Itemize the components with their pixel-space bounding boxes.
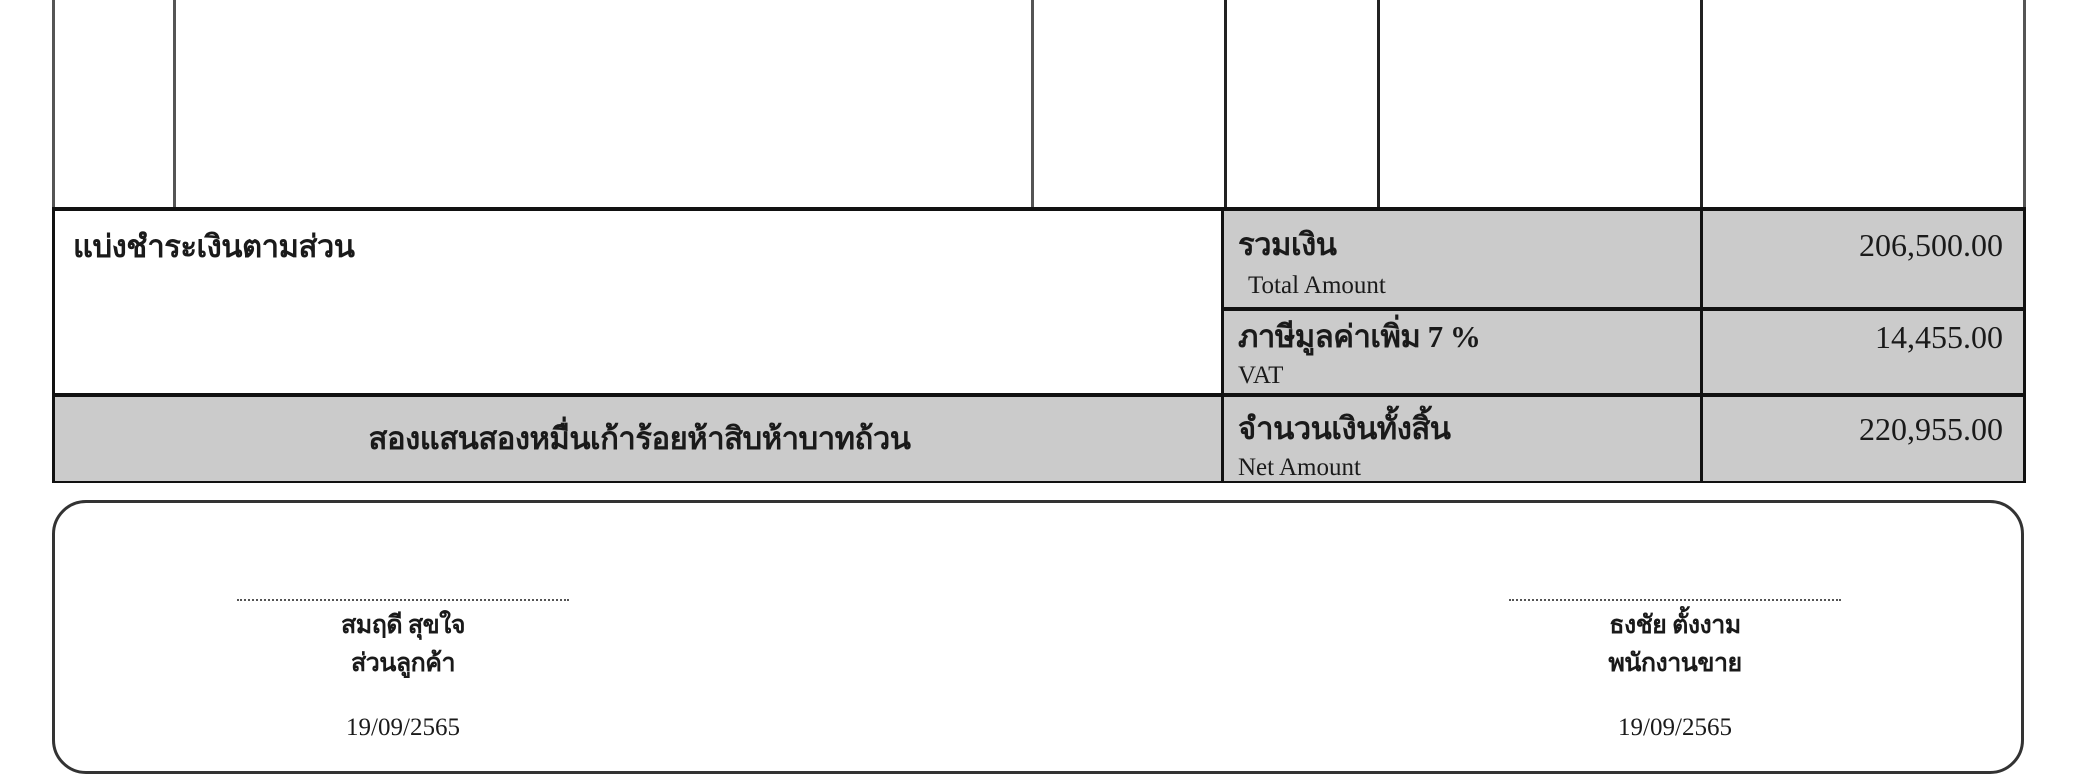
- salesperson-name: ธงชัย ตั้งงาม: [1505, 607, 1845, 645]
- signature-line: [237, 599, 569, 601]
- customer-role: ส่วนลูกค้า: [233, 645, 573, 683]
- total-amount-value: 206,500.00: [1859, 229, 2003, 261]
- vat-value: 14,455.00: [1875, 321, 2003, 353]
- col-divider: [1031, 0, 1034, 210]
- amount-in-words: สองแสนสองหมื่นเก้าร้อยห้าสิบห้าบาทถ้วน: [55, 423, 1224, 454]
- net-amount-value-cell: 220,955.00: [1700, 393, 2023, 481]
- col-divider: [1224, 0, 1227, 210]
- total-amount-label-th: รวมเงิน: [1238, 229, 1336, 260]
- installment-cell: แบ่งชำระเงินตามส่วน: [55, 211, 1224, 393]
- salesperson-signature: ธงชัย ตั้งงาม พนักงานขาย 19/09/2565: [1505, 599, 1845, 743]
- signature-box: สมฤดี สุขใจ ส่วนลูกค้า 19/09/2565 ธงชัย …: [52, 500, 2024, 774]
- total-amount-value-cell: 206,500.00: [1700, 211, 2023, 311]
- items-table-body: [52, 0, 2026, 210]
- col-divider: [173, 0, 176, 210]
- customer-signature: สมฤดี สุขใจ ส่วนลูกค้า 19/09/2565: [233, 599, 573, 743]
- col-divider: [1700, 0, 1703, 210]
- salesperson-role: พนักงานขาย: [1505, 645, 1845, 683]
- col-divider: [52, 0, 55, 210]
- vat-label-th: ภาษีมูลค่าเพิ่ม 7 %: [1238, 321, 1480, 352]
- installment-label: แบ่งชำระเงินตามส่วน: [73, 231, 354, 262]
- signature-line: [1509, 599, 1841, 601]
- col-divider: [1377, 0, 1380, 210]
- net-amount-value: 220,955.00: [1859, 413, 2003, 445]
- summary-section: แบ่งชำระเงินตามส่วน สองแสนสองหมื่นเก้าร้…: [52, 207, 2026, 483]
- salesperson-sign-date: 19/09/2565: [1505, 713, 1845, 743]
- customer-name: สมฤดี สุขใจ: [233, 607, 573, 645]
- net-amount-label-en: Net Amount: [1238, 455, 1361, 480]
- total-amount-label-en: Total Amount: [1248, 273, 1386, 298]
- col-divider: [2023, 0, 2026, 210]
- net-amount-label-th: จำนวนเงินทั้งสิ้น: [1238, 413, 1450, 444]
- vat-label-en: VAT: [1238, 363, 1283, 388]
- net-amount-label-cell: จำนวนเงินทั้งสิ้น Net Amount: [1224, 393, 1700, 481]
- total-amount-label-cell: รวมเงิน Total Amount: [1224, 211, 1700, 311]
- customer-sign-date: 19/09/2565: [233, 713, 573, 743]
- vat-value-cell: 14,455.00: [1700, 311, 2023, 393]
- amount-in-words-cell: สองแสนสองหมื่นเก้าร้อยห้าสิบห้าบาทถ้วน: [55, 393, 1224, 481]
- vat-label-cell: ภาษีมูลค่าเพิ่ม 7 % VAT: [1224, 311, 1700, 393]
